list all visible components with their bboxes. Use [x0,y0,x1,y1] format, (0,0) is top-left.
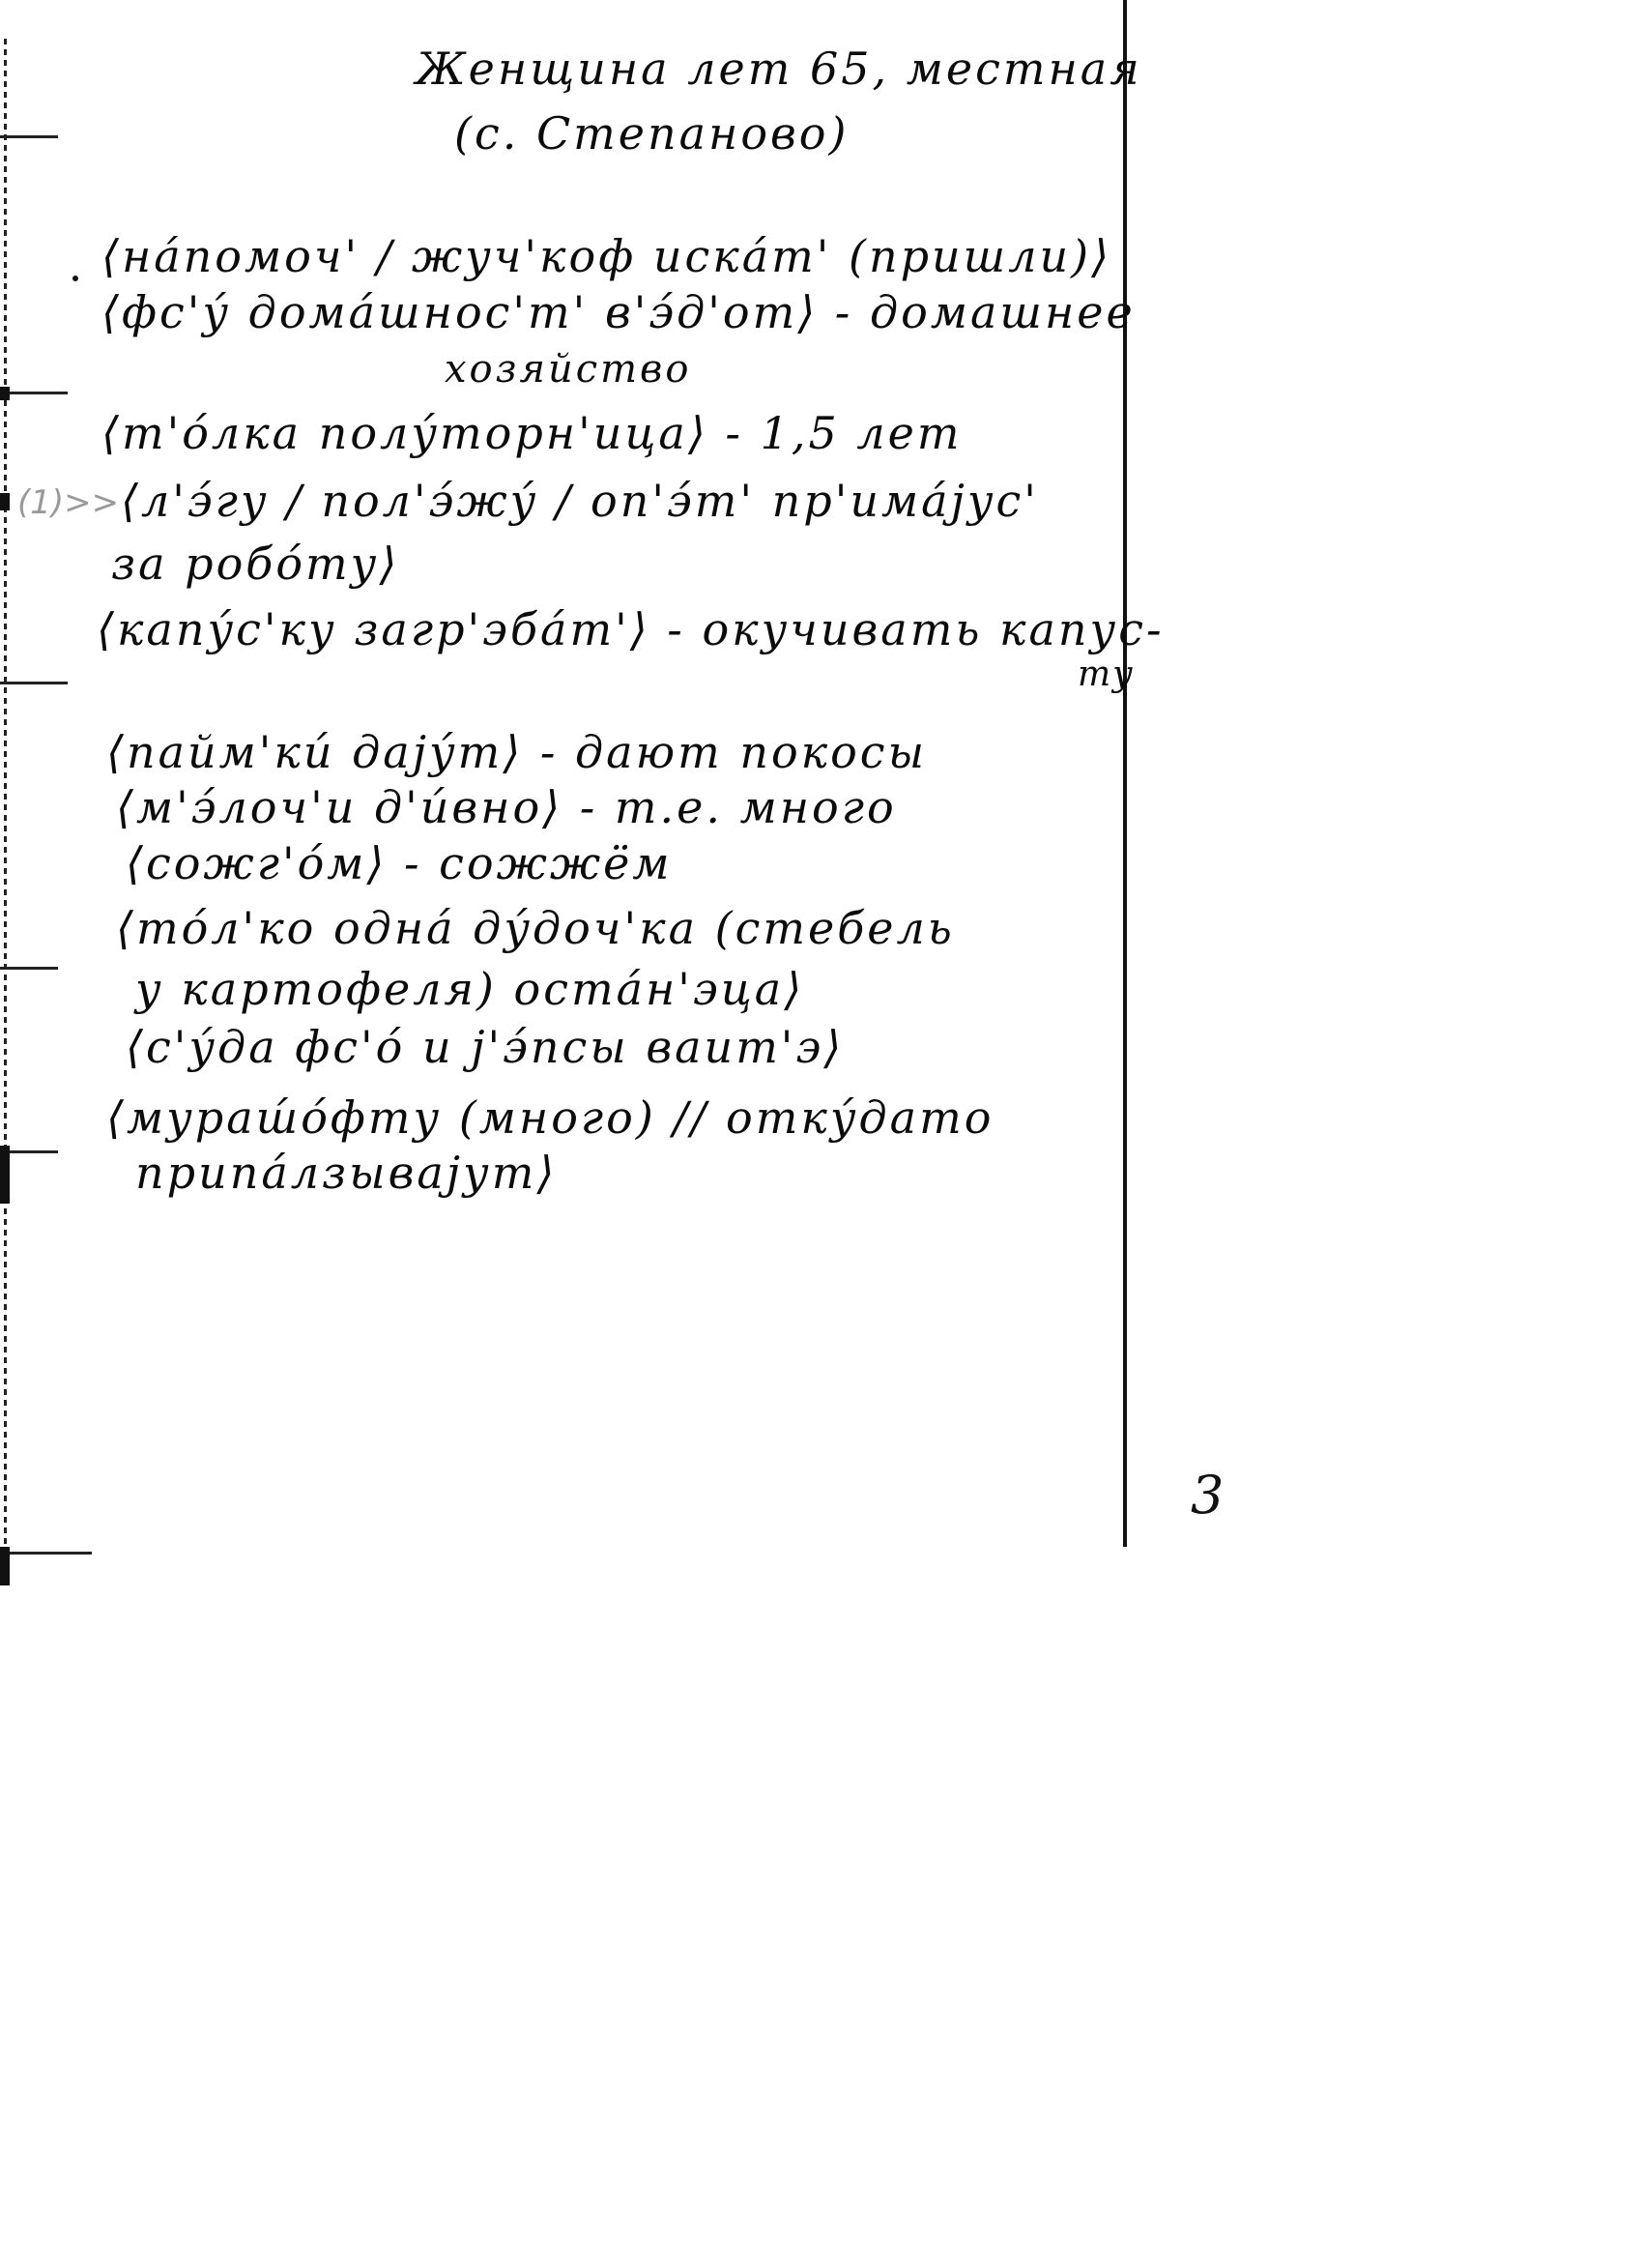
margin-note: (1)>> [17,483,119,522]
scan-left-edge [4,39,7,1547]
header-line-2: (с. Степаново) [454,111,849,156]
margin-tick [0,392,68,394]
entry-line: ⟨с'у́да фс'о́ и ј'э́псы ваит'э⟩ [126,1025,844,1069]
entry-line: ⟨т'о́лка полу́торн'ица⟩ - 1,5 лет [101,411,963,455]
entry-line: ⟨м'э́лоч'и д'и́вно⟩ - т.е. много [116,785,897,829]
entry-line: за робо́ту⟩ [111,541,399,586]
bullet-dot [72,276,78,281]
margin-tick [0,135,58,138]
entry-line: ⟨фс'у́ дома́шнос'т' в'э́д'от⟩ - домашнее [101,290,1136,334]
header-line-1: Женщина лет 65, местная [416,46,1142,91]
margin-mark [0,493,10,510]
gloss-below: хозяйство [445,350,691,389]
document-page: Женщина лет 65, местная (с. Степаново) ⟨… [0,0,1643,2268]
margin-tick [0,682,68,684]
entry-line: ⟨пайм'ки́ дају́т⟩ - дают покосы [106,730,927,774]
entry-line: у картофеля) оста́н'эца⟩ [135,967,804,1011]
entry-line: припа́лзывајут⟩ [135,1150,557,1195]
entry-line: ⟨на́помоч' / жуч'коф иска́т' (пришли)⟩ [101,234,1111,278]
entry-line: ⟨капу́с'ку загр'эба́т'⟩ - окучивать капу… [97,607,1165,652]
margin-tick [0,1552,92,1555]
entry-line: ⟨сожг'о́м⟩ - сожжём [126,841,673,886]
margin-rule [1123,0,1127,1547]
page-number: 3 [1191,1465,1224,1526]
continuation: ту [1078,657,1135,692]
margin-mark [0,1547,10,1585]
entry-line: ⟨л'э́гу / пол'э́жу́ / оп'э́т' пр'има́јус… [121,479,1039,523]
margin-mark [0,1146,10,1204]
entry-line: ⟨мураш́о́фту (много) // отку́дато [106,1095,994,1140]
margin-mark [0,387,10,400]
entry-line: ⟨то́л'ко одна́ ду́доч'ка (стебель [116,906,955,950]
margin-tick [0,967,58,970]
